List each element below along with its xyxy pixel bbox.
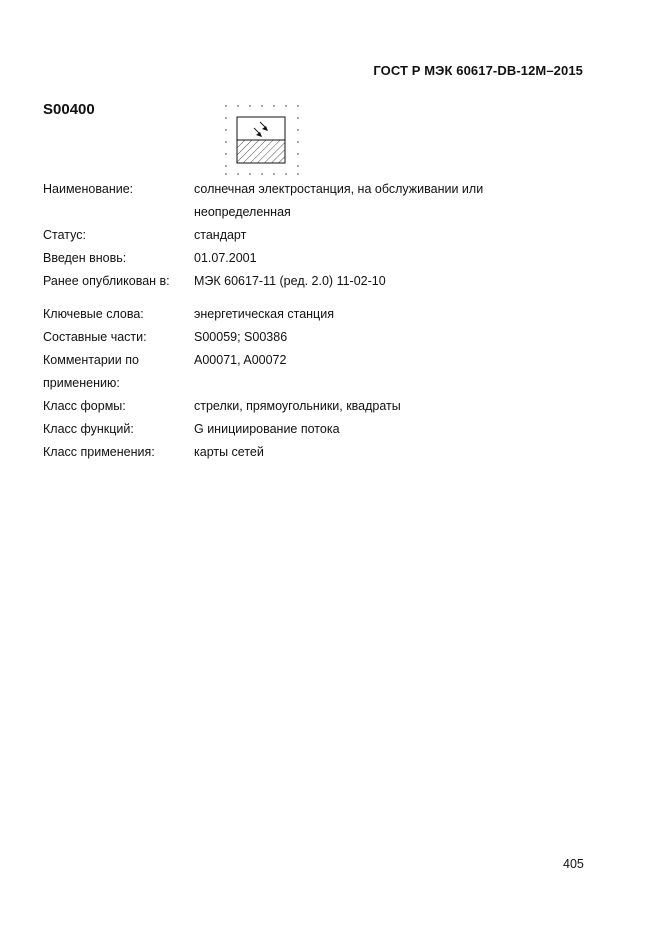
field-row: применению:: [43, 372, 483, 395]
field-label: [43, 201, 194, 224]
field-row: Ранее опубликован в:МЭК 60617-11 (ред. 2…: [43, 270, 483, 293]
field-row: Класс формы:стрелки, прямоугольники, ква…: [43, 395, 483, 418]
field-row: Класс применения:карты сетей: [43, 441, 483, 464]
field-value: карты сетей: [194, 441, 264, 464]
field-value: неопределенная: [194, 201, 291, 224]
field-row: неопределенная: [43, 201, 483, 224]
field-label: Составные части:: [43, 326, 194, 349]
symbol-code: S00400: [43, 101, 95, 118]
field-row: Статус:стандарт: [43, 224, 483, 247]
field-value: стрелки, прямоугольники, квадраты: [194, 395, 401, 418]
field-label: Введен вновь:: [43, 247, 194, 270]
field-row: Ключевые слова:энергетическая станция: [43, 303, 483, 326]
field-value: стандарт: [194, 224, 246, 247]
field-value: G инициирование потока: [194, 418, 340, 441]
field-value: 01.07.2001: [194, 247, 257, 270]
field-value: энергетическая станция: [194, 303, 334, 326]
field-row: Составные части:S00059; S00386: [43, 326, 483, 349]
field-value: A00071, A00072: [194, 349, 286, 372]
field-label: Класс применения:: [43, 441, 194, 464]
document-header: ГОСТ Р МЭК 60617-DB-12M–2015: [373, 63, 583, 78]
field-label: Комментарии по: [43, 349, 194, 372]
field-label: применению:: [43, 372, 194, 395]
field-label: Класс формы:: [43, 395, 194, 418]
field-label: Класс функций:: [43, 418, 194, 441]
section-gap: [43, 293, 483, 303]
field-label: Статус:: [43, 224, 194, 247]
field-value: S00059; S00386: [194, 326, 287, 349]
field-row: Наименование:солнечная электростанция, н…: [43, 178, 483, 201]
field-row: Комментарии поA00071, A00072: [43, 349, 483, 372]
field-row: Класс функций:G инициирование потока: [43, 418, 483, 441]
field-value: МЭК 60617-11 (ред. 2.0) 11-02-10: [194, 270, 386, 293]
symbol-attributes: Наименование:солнечная электростанция, н…: [43, 178, 483, 464]
field-row: Введен вновь:01.07.2001: [43, 247, 483, 270]
field-value: солнечная электростанция, на обслуживани…: [194, 178, 483, 201]
page-number: 405: [563, 857, 584, 871]
field-label: Наименование:: [43, 178, 194, 201]
solar-power-station-symbol-icon: [224, 104, 300, 176]
field-label: Ключевые слова:: [43, 303, 194, 326]
field-label: Ранее опубликован в:: [43, 270, 194, 293]
